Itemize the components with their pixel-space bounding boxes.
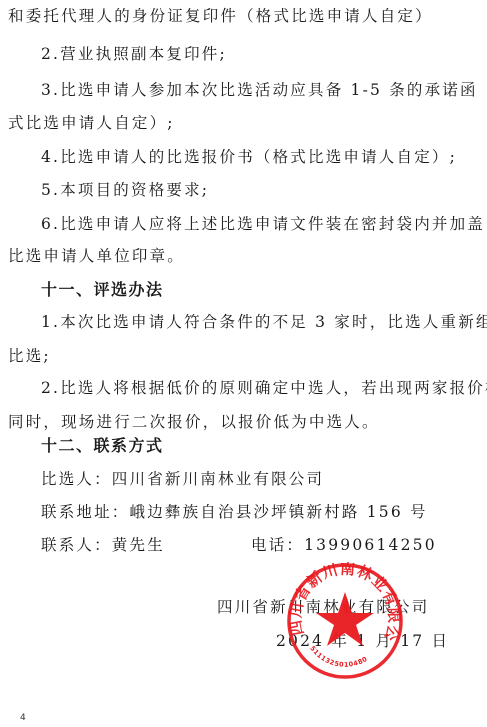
section-heading-evaluation: 十一、评选办法 xyxy=(41,280,164,300)
text-line: 比选; xyxy=(8,346,51,366)
list-item-2: 2.比选人将根据低价的原则确定中选人，若出现两家报价相 xyxy=(41,378,487,398)
page-number: 4 xyxy=(20,713,26,723)
selector-line: 比选人：四川省新川南林业有限公司 xyxy=(41,469,324,489)
seal-code: 5111325010480 xyxy=(308,644,369,668)
text-line: 同时，现场进行二次报价，以报价低为中选人。 xyxy=(8,412,380,432)
address-line: 联系地址：峨边彝族自治县沙坪镇新村路 156 号 xyxy=(41,502,428,522)
company-seal-icon: 四川省新川南林业有限公司 5111325010480 xyxy=(286,562,404,680)
text-line: 式比选申请人自定）; xyxy=(8,113,175,133)
text-line: 和委托代理人的身份证复印件（格式比选申请人自定） xyxy=(8,6,433,26)
list-item-3: 3.比选申请人参加本次比选活动应具备 1-5 条的承诺函（格 xyxy=(41,80,487,100)
list-item-1: 1.本次比选申请人符合条件的不足 3 家时，比选人重新组织 xyxy=(41,312,487,332)
list-item-2: 2.营业执照副本复印件; xyxy=(41,44,227,64)
section-heading-contact: 十二、联系方式 xyxy=(41,436,164,456)
list-item-5: 5.本项目的资格要求; xyxy=(41,180,209,200)
contact-person: 联系人：黄先生 xyxy=(41,535,165,555)
list-item-6: 6.比选申请人应将上述比选申请文件装在密封袋内并加盖 xyxy=(41,214,485,234)
text-line: 比选申请人单位印章。 xyxy=(8,246,185,266)
phone-number: 电话：13990614250 xyxy=(251,535,437,555)
svg-text:5111325010480: 5111325010480 xyxy=(308,644,369,668)
list-item-4: 4.比选申请人的比选报价书（格式比选申请人自定）; xyxy=(41,147,457,167)
